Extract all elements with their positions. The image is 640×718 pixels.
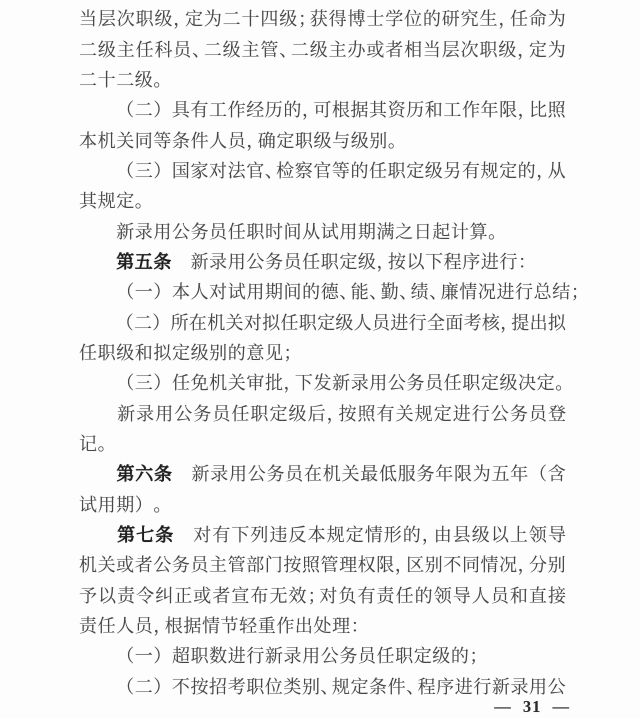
text-line: 第六条 新录用公务员在机关最低服务年限为五年（含: [79, 458, 566, 488]
text-line: 机关或者公务员主管部门按照管理权限，区别不同情况，分别: [79, 549, 566, 579]
page-number: — 31 —: [494, 697, 570, 717]
text-line: 当层次职级，定为二十四级；获得博士学位的研究生，任命为: [79, 3, 566, 33]
text-line: 本机关同等条件人员，确定职级与级别。: [79, 124, 566, 154]
text-line: （二）具有工作经历的，可根据其资历和工作年限，比照: [79, 94, 566, 124]
text-line: （三）任免机关审批，下发新录用公务员任职定级决定。: [79, 367, 566, 397]
text-line: 试用期）。: [79, 489, 566, 519]
text-line: 新录用公务员任职时间从试用期满之日起计算。: [79, 215, 566, 245]
text-line: 第五条 新录用公务员任职定级，按以下程序进行：: [79, 246, 566, 276]
text-line: 任职级和拟定级别的意见；: [79, 337, 566, 367]
text-line: 其规定。: [79, 185, 566, 215]
text-line: （二）所在机关对拟任职定级人员进行全面考核，提出拟: [79, 306, 566, 336]
text-line: 二十二级。: [79, 64, 566, 94]
text-line: 第七条 对有下列违反本规定情形的，由县级以上领导: [79, 519, 566, 549]
text-line: 责任人员，根据情节轻重作出处理：: [79, 610, 566, 640]
text-line: （三）国家对法官、检察官等的任职定级另有规定的，从: [79, 155, 566, 185]
text-line: 予以责令纠正或者宣布无效；对负有责任的领导人员和直接: [79, 580, 566, 610]
text-line: 记。: [79, 428, 566, 458]
text-line: （二）不按招考职位类别、规定条件、程序进行新录用公: [79, 671, 566, 701]
document-text-column: 当层次职级，定为二十四级；获得博士学位的研究生，任命为二级主任科员、二级主管、二…: [79, 3, 566, 701]
scanned-document-page: 当层次职级，定为二十四级；获得博士学位的研究生，任命为二级主任科员、二级主管、二…: [0, 0, 640, 718]
text-line: （一）超职数进行新录用公务员任职定级的；: [79, 640, 566, 670]
text-line: （一）本人对试用期间的德、能、勤、绩、廉情况进行总结；: [79, 276, 566, 306]
text-line: 新录用公务员任职定级后，按照有关规定进行公务员登: [79, 397, 566, 427]
text-line: 二级主任科员、二级主管、二级主办或者相当层次职级，定为: [79, 33, 566, 63]
